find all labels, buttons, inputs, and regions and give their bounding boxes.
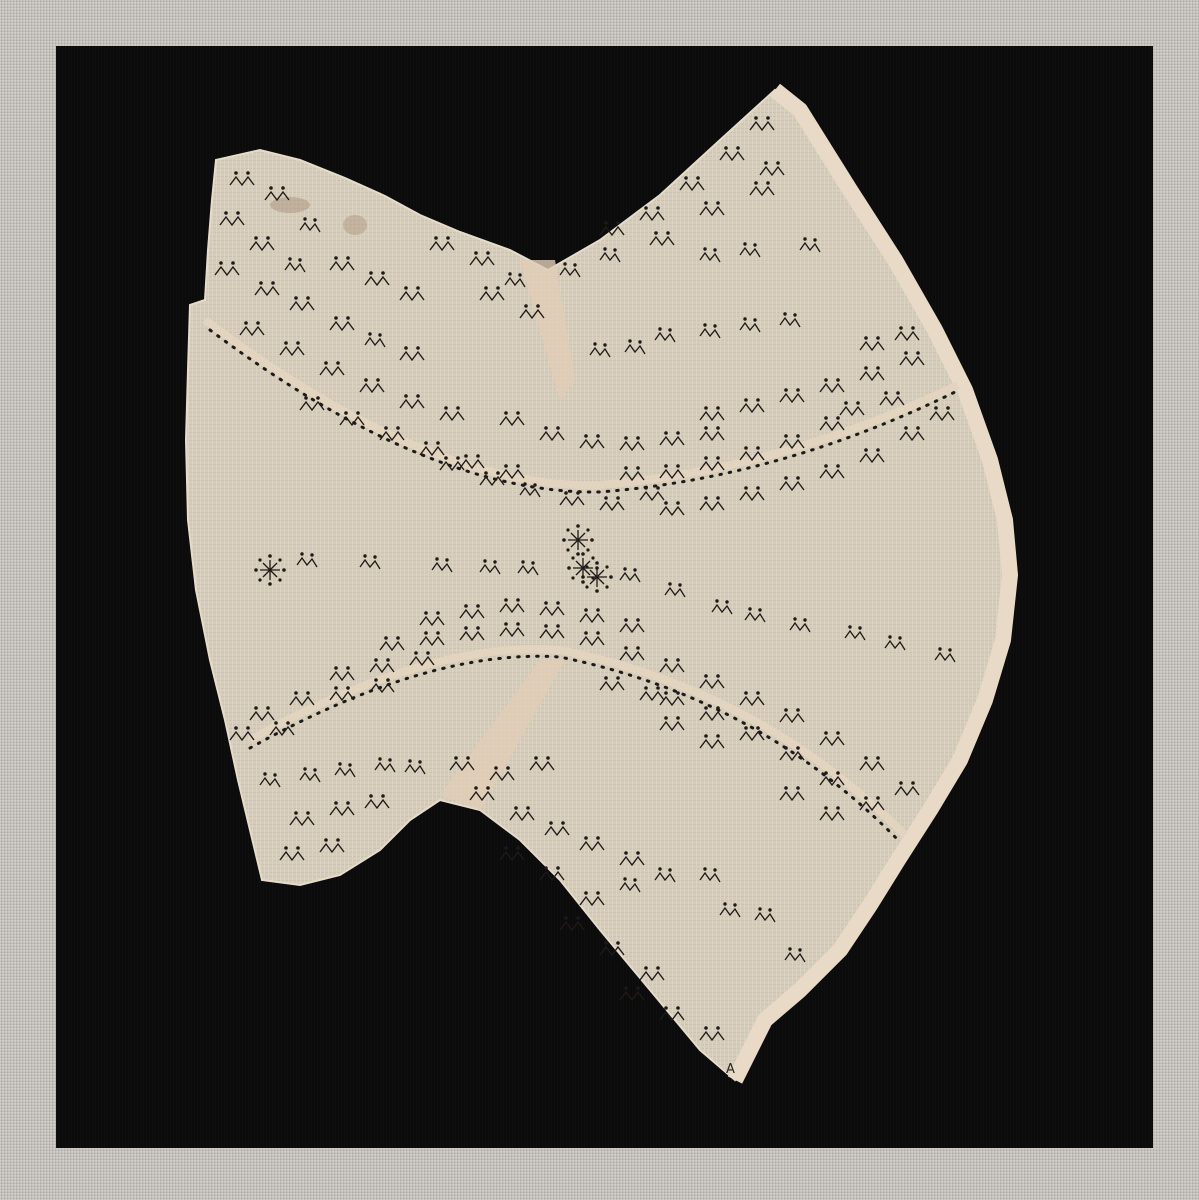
embroidered-fabric-piece: A (0, 0, 1199, 1200)
stain (343, 215, 367, 235)
signature-mark-a: A (726, 1062, 735, 1077)
